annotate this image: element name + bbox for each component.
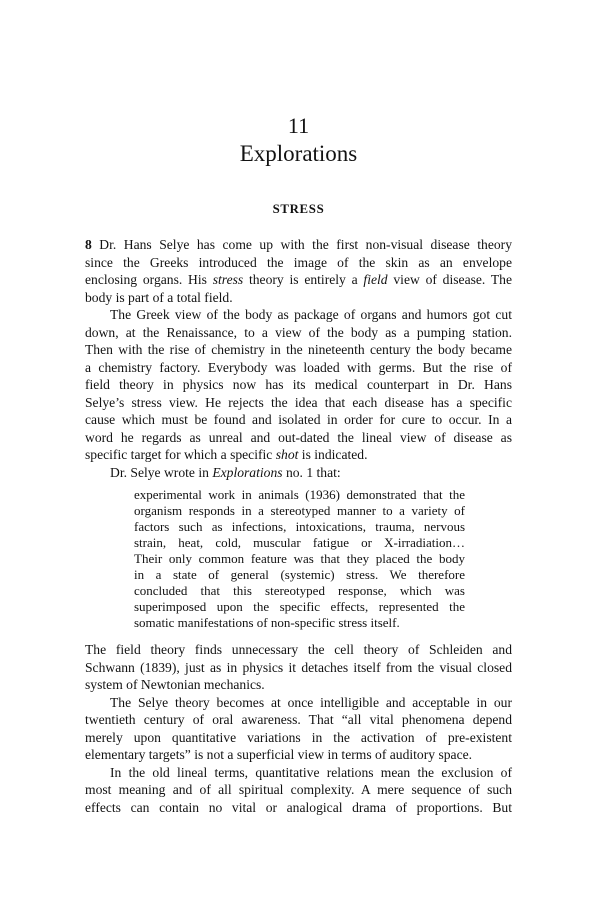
text-line: The Greek view of the body as package of…	[85, 306, 512, 324]
blockquote: experimental work in animals (1936) demo…	[134, 487, 465, 631]
text-line: somatic manifestations of non-specific s…	[134, 615, 465, 631]
paragraph-5: The Selye theory becomes at once intelli…	[85, 694, 512, 764]
paragraph-4: The field theory finds unnecessary the c…	[85, 641, 512, 694]
text-line: The Selye theory becomes at once intelli…	[85, 694, 512, 712]
text-line: 8 Dr. Hans Selye has come up with the fi…	[85, 236, 512, 254]
text-run: since the Greeks introduced the image of…	[85, 255, 512, 270]
text-line: effects can contain no vital or analogic…	[85, 799, 512, 817]
text-run: field	[363, 272, 387, 287]
text-line: superimposed upon the specific effects, …	[134, 599, 465, 615]
text-line: since the Greeks introduced the image of…	[85, 254, 512, 272]
text-line: enclosing organs. His stress theory is e…	[85, 271, 512, 289]
text-run: effects can contain no vital or analogic…	[85, 800, 512, 815]
text-line: experimental work in animals (1936) demo…	[134, 487, 465, 503]
text-run: in a state of general (systemic) stress.…	[134, 567, 465, 582]
text-run: Dr. Selye wrote in	[110, 465, 212, 480]
section-heading: STRESS	[85, 201, 512, 217]
text-run: Dr. Hans Selye has come up with the firs…	[92, 237, 512, 252]
text-run: is indicated.	[298, 447, 367, 462]
page-content: 11 Explorations STRESS 8 Dr. Hans Selye …	[85, 0, 512, 816]
text-run: Selye’s stress view. He rejects the idea…	[85, 395, 512, 410]
page-body: 8 Dr. Hans Selye has come up with the fi…	[85, 236, 512, 816]
text-run: In the old lineal terms, quantitative re…	[110, 765, 512, 780]
text-run: Explorations	[212, 465, 282, 480]
text-run: elementary targets” is not a superficial…	[85, 747, 472, 762]
text-run: word he regards as unreal and out-dated …	[85, 430, 512, 445]
text-run: concluded that this stereotyped response…	[134, 583, 465, 598]
text-line: elementary targets” is not a superficial…	[85, 746, 512, 764]
text-run: field theory in physics now has its medi…	[85, 377, 512, 392]
text-run: body is part of a total field.	[85, 290, 233, 305]
text-run: merely upon quantitative variations in t…	[85, 730, 512, 745]
text-run: a chemistry factory. Everybody was loade…	[85, 360, 512, 375]
chapter-number: 11	[85, 113, 512, 139]
text-run: The field theory finds unnecessary the c…	[85, 642, 512, 657]
text-run: The Selye theory becomes at once intelli…	[110, 695, 512, 710]
text-line: down, at the Renaissance, to a view of t…	[85, 324, 512, 342]
text-run: superimposed upon the specific effects, …	[134, 599, 465, 614]
text-run: 8	[85, 237, 92, 252]
text-run: down, at the Renaissance, to a view of t…	[85, 325, 512, 340]
text-run: Their only common feature was that they …	[134, 551, 465, 566]
text-line: merely upon quantitative variations in t…	[85, 729, 512, 747]
text-line: system of Newtonian mechanics.	[85, 676, 512, 694]
text-run: twentieth century of oral awareness. Tha…	[85, 712, 512, 727]
text-run: view of disease. The	[388, 272, 512, 287]
text-line: In the old lineal terms, quantitative re…	[85, 764, 512, 782]
text-run: The Greek view of the body as package of…	[110, 307, 512, 322]
text-run: factors such as infections, intoxication…	[134, 519, 465, 534]
text-line: word he regards as unreal and out-dated …	[85, 429, 512, 447]
text-run: enclosing organs. His	[85, 272, 213, 287]
text-line: Dr. Selye wrote in Explorations no. 1 th…	[85, 464, 512, 482]
text-run: somatic manifestations of non-specific s…	[134, 615, 400, 630]
text-run: cause which must be found and isolated i…	[85, 412, 512, 427]
text-run: most meaning and of all spiritual comple…	[85, 782, 512, 797]
book-page: 11 Explorations STRESS 8 Dr. Hans Selye …	[0, 0, 600, 900]
text-run: no. 1 that:	[283, 465, 341, 480]
text-run: system of Newtonian mechanics.	[85, 677, 265, 692]
text-line: concluded that this stereotyped response…	[134, 583, 465, 599]
paragraph-1: 8 Dr. Hans Selye has come up with the fi…	[85, 236, 512, 306]
text-run: shot	[276, 447, 299, 462]
text-line: Their only common feature was that they …	[134, 551, 465, 567]
text-run: Schwann (1839), just as in physics it de…	[85, 660, 512, 675]
chapter-title: Explorations	[85, 139, 512, 168]
text-run: Then with the rise of chemistry in the n…	[85, 342, 512, 357]
text-line: a chemistry factory. Everybody was loade…	[85, 359, 512, 377]
text-line: strain, heat, cold, muscular fatigue or …	[134, 535, 465, 551]
text-line: body is part of a total field.	[85, 289, 512, 307]
text-line: cause which must be found and isolated i…	[85, 411, 512, 429]
text-run: specific target for which a specific	[85, 447, 276, 462]
text-line: factors such as infections, intoxication…	[134, 519, 465, 535]
text-line: specific target for which a specific sho…	[85, 446, 512, 464]
text-line: Then with the rise of chemistry in the n…	[85, 341, 512, 359]
text-line: field theory in physics now has its medi…	[85, 376, 512, 394]
text-line: organism responds in a stereotyped manne…	[134, 503, 465, 519]
text-line: Schwann (1839), just as in physics it de…	[85, 659, 512, 677]
paragraph-2: The Greek view of the body as package of…	[85, 306, 512, 464]
text-line: in a state of general (systemic) stress.…	[134, 567, 465, 583]
text-line: The field theory finds unnecessary the c…	[85, 641, 512, 659]
text-line: twentieth century of oral awareness. Tha…	[85, 711, 512, 729]
text-run: organism responds in a stereotyped manne…	[134, 503, 465, 518]
text-line: Selye’s stress view. He rejects the idea…	[85, 394, 512, 412]
text-run: experimental work in animals (1936) demo…	[134, 487, 465, 502]
text-run: theory is entirely a	[243, 272, 363, 287]
paragraph-6: In the old lineal terms, quantitative re…	[85, 764, 512, 817]
paragraph-3: Dr. Selye wrote in Explorations no. 1 th…	[85, 464, 512, 482]
text-line: most meaning and of all spiritual comple…	[85, 781, 512, 799]
text-run: strain, heat, cold, muscular fatigue or …	[134, 535, 465, 550]
text-run: stress	[213, 272, 243, 287]
